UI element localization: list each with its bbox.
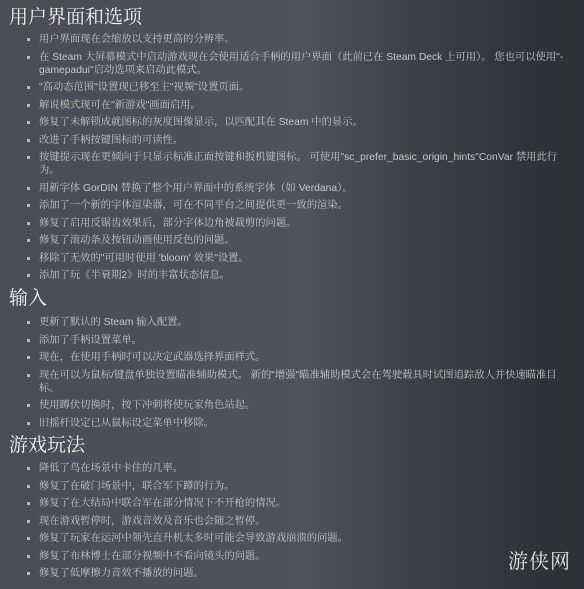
item-list: 更新了默认的 Steam 输入配置。 添加了手柄设置菜单。 现在，在使用手柄时可… [0, 316, 584, 430]
list-item: 修复了在大结局中联合军在部分情况下不开枪的情况。 [0, 497, 584, 510]
list-item: 现在，在使用手柄时可以决定武器选择界面样式。 [0, 351, 584, 364]
list-item: 解说模式现可在"新游戏"画面启用。 [0, 99, 584, 112]
list-item: 修复了低摩擦力音效不播放的问题。 [0, 567, 584, 580]
list-item: 用新字体 GorDIN 替换了整个用户界面中的系统字体（如 Verdana）。 [0, 182, 584, 195]
list-item: 改进了手柄按键图标的可读性。 [0, 134, 584, 147]
list-item: 旧摇杆设定已从鼠标设定菜单中移除。 [0, 417, 584, 430]
list-item: 添加了手柄设置菜单。 [0, 334, 584, 347]
list-item: 添加了一个新的字体渲染器，可在不同平台之间提供更一致的渲染。 [0, 199, 584, 212]
list-item: 用户界面现在会缩放以支持更高的分辨率。 [0, 33, 584, 46]
list-item: 降低了鸟在场景中卡住的几率。 [0, 462, 584, 475]
section-input: 输入 更新了默认的 Steam 输入配置。 添加了手柄设置菜单。 现在，在使用手… [0, 288, 584, 434]
watermark-logo: 游侠网 [508, 545, 571, 574]
item-list: 用户界面现在会缩放以支持更高的分辨率。 在 Steam 大屏幕模式中启动游戏现在… [0, 33, 584, 282]
list-item: 添加了玩《半衰期2》时的丰富状态信息。 [0, 269, 584, 282]
list-item: 现在可以为鼠标/键盘单独设置瞄准辅助模式。 新的"增强"瞄准辅助模式会在驾驶载具… [0, 369, 584, 395]
list-item: 修复了布林博士在部分视频中不看向镜头的问题。 [0, 550, 584, 563]
list-item: 按键提示现在更倾向于只显示标准正面按键和扳机键图标。 可使用"sc_prefer… [0, 151, 584, 177]
list-item: 使用蹲伏切换时，按下冲刺将使玩家角色站起。 [0, 399, 584, 412]
list-item: 修复了在破门场景中，联合军下蹲的行为。 [0, 480, 584, 493]
item-list: 降低了鸟在场景中卡住的几率。 修复了在破门场景中，联合军下蹲的行为。 修复了在大… [0, 462, 584, 580]
list-item: 移除了无效的"可用时使用 'bloom' 效果"设置。 [0, 252, 584, 265]
list-item: 现在游戏暂停时，游戏音效及音乐也会随之暂停。 [0, 515, 584, 528]
list-item: "高动态范围"设置现已移至主"视频"设置页面。 [0, 81, 584, 94]
section-title: 游戏玩法 [0, 435, 584, 457]
list-item: 修复了滚动条及按钮动画使用反色的问题。 [0, 234, 584, 247]
list-item: 修复了未解锁成就图标的灰度图像显示，以匹配其在 Steam 中的显示。 [0, 116, 584, 129]
list-item: 在 Steam 大屏幕模式中启动游戏现在会使用适合手柄的用户界面（此前已在 St… [0, 51, 584, 77]
list-item: 修复了玩家在运河中领先直升机太多时可能会导致游戏崩溃的问题。 [0, 532, 584, 545]
section-gameplay: 游戏玩法 降低了鸟在场景中卡住的几率。 修复了在破门场景中，联合军下蹲的行为。 … [0, 435, 584, 585]
list-item: 更新了默认的 Steam 输入配置。 [0, 316, 584, 329]
section-ui-options: 用户界面和选项 用户界面现在会缩放以支持更高的分辨率。 在 Steam 大屏幕模… [0, 7, 584, 287]
section-title: 用户界面和选项 [0, 7, 584, 29]
section-title: 输入 [0, 288, 584, 310]
list-item: 修复了启用反锯齿效果后，部分字体边角被裁剪的问题。 [0, 217, 584, 230]
